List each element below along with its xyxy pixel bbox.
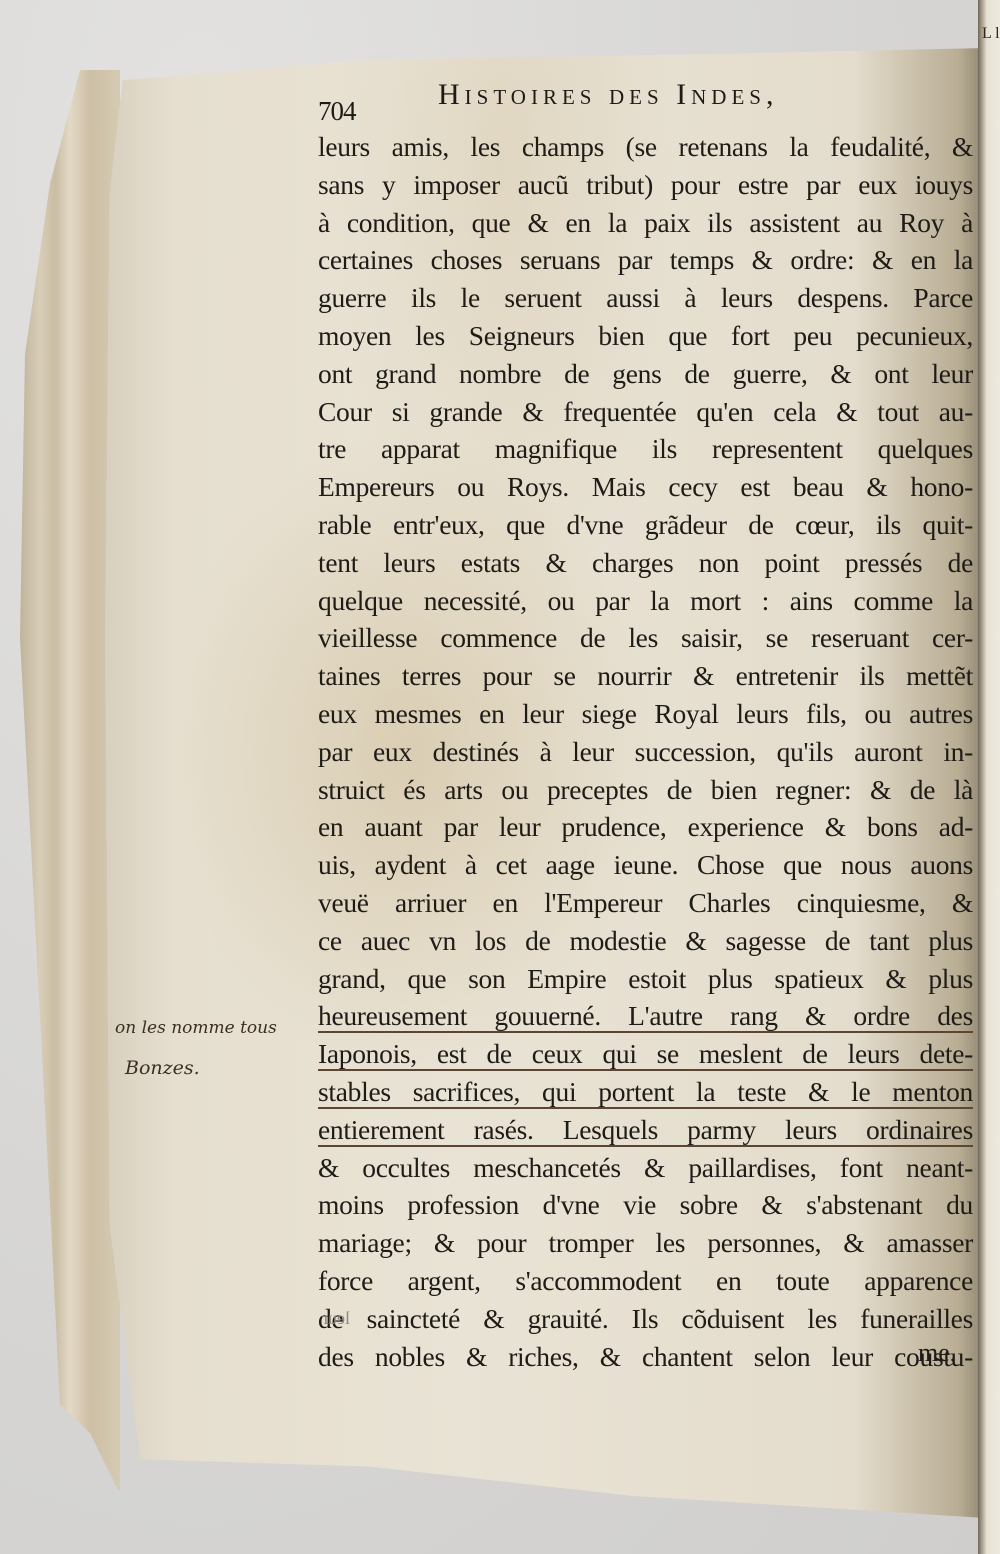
text-line: par eux destinés à leur succession, qu'i… bbox=[318, 733, 973, 771]
text-line: tent leurs estats & charges non point pr… bbox=[318, 544, 973, 582]
page-number: 704 bbox=[318, 96, 356, 127]
text-line: Cour si grande & frequentée qu'en cela &… bbox=[318, 393, 973, 431]
text-line: & occultes meschancetés & paillardises, … bbox=[318, 1149, 973, 1187]
text-line: vieillesse commence de les saisir, se re… bbox=[318, 619, 973, 657]
text-line: des nobles & riches, & chantent selon le… bbox=[318, 1338, 973, 1376]
handwritten-margin-note: on les nomme tous Bonzes. bbox=[115, 1008, 320, 1088]
text-line: force argent, s'accommodent en toute app… bbox=[318, 1262, 973, 1300]
text-line: sans y imposer aucũ tribut) pour estre p… bbox=[318, 166, 973, 204]
show-through-text: leur bbox=[322, 1308, 350, 1329]
text-line: uis, aydent à cet aage ieune. Chose que … bbox=[318, 846, 973, 884]
text-line: entierement rasés. Lesquels parmy leurs … bbox=[318, 1111, 973, 1149]
text-line: Empereurs ou Roys. Mais cecy est beau & … bbox=[318, 468, 973, 506]
text-line: rable entr'eux, que d'vne grãdeur de cœu… bbox=[318, 506, 973, 544]
text-line: ont grand nombre de gens de guerre, & on… bbox=[318, 355, 973, 393]
text-line: guerre ils le seruent aussi à leurs desp… bbox=[318, 279, 973, 317]
text-line: moins profession d'vne vie sobre & s'abs… bbox=[318, 1186, 973, 1224]
text-line: quelque necessité, ou par la mort : ains… bbox=[318, 582, 973, 620]
adjacent-page-edge bbox=[978, 0, 1000, 1554]
text-line: à condition, que & en la paix ils assist… bbox=[318, 204, 973, 242]
text-line: tre apparat magnifique ils representent … bbox=[318, 430, 973, 468]
text-line: moyen les Seigneurs bien que fort peu pe… bbox=[318, 317, 973, 355]
text-line: mariage; & pour tromper les personnes, &… bbox=[318, 1224, 973, 1262]
text-line: stables sacrifices, qui portent la teste… bbox=[318, 1073, 973, 1111]
body-text: leurs amis, les champs (se retenans la f… bbox=[318, 128, 973, 1375]
running-title: Histoires des Indes, bbox=[438, 78, 778, 112]
margin-note-line-1: on les nomme tous bbox=[115, 1008, 320, 1048]
text-line: eux mesmes en leur siege Royal leurs fil… bbox=[318, 695, 973, 733]
adjacent-page-text: L lorm font leur l ens S le ge ndes s de… bbox=[982, 20, 1000, 47]
catchword: me, bbox=[918, 1338, 956, 1368]
text-line: leurs amis, les champs (se retenans la f… bbox=[318, 128, 973, 166]
text-line: struict és arts ou preceptes de bien reg… bbox=[318, 771, 973, 809]
text-line: de saincteté & grauité. Ils cõduisent le… bbox=[318, 1300, 973, 1338]
text-line: certaines choses seruans par temps & ord… bbox=[318, 241, 973, 279]
margin-note-line-2: Bonzes. bbox=[115, 1048, 320, 1088]
text-line: ce auec vn los de modestie & sagesse de … bbox=[318, 922, 973, 960]
text-line: Iaponois, est de ceux qui se meslent de … bbox=[318, 1035, 973, 1073]
text-line: heureusement gouuerné. L'autre rang & or… bbox=[318, 997, 973, 1035]
text-line: veuë arriuer en l'Empereur Charles cinqu… bbox=[318, 884, 973, 922]
text-line: taines terres pour se nourrir & entreten… bbox=[318, 657, 973, 695]
text-line: grand, que son Empire estoit plus spatie… bbox=[318, 960, 973, 998]
text-line: en auant par leur prudence, experience &… bbox=[318, 808, 973, 846]
